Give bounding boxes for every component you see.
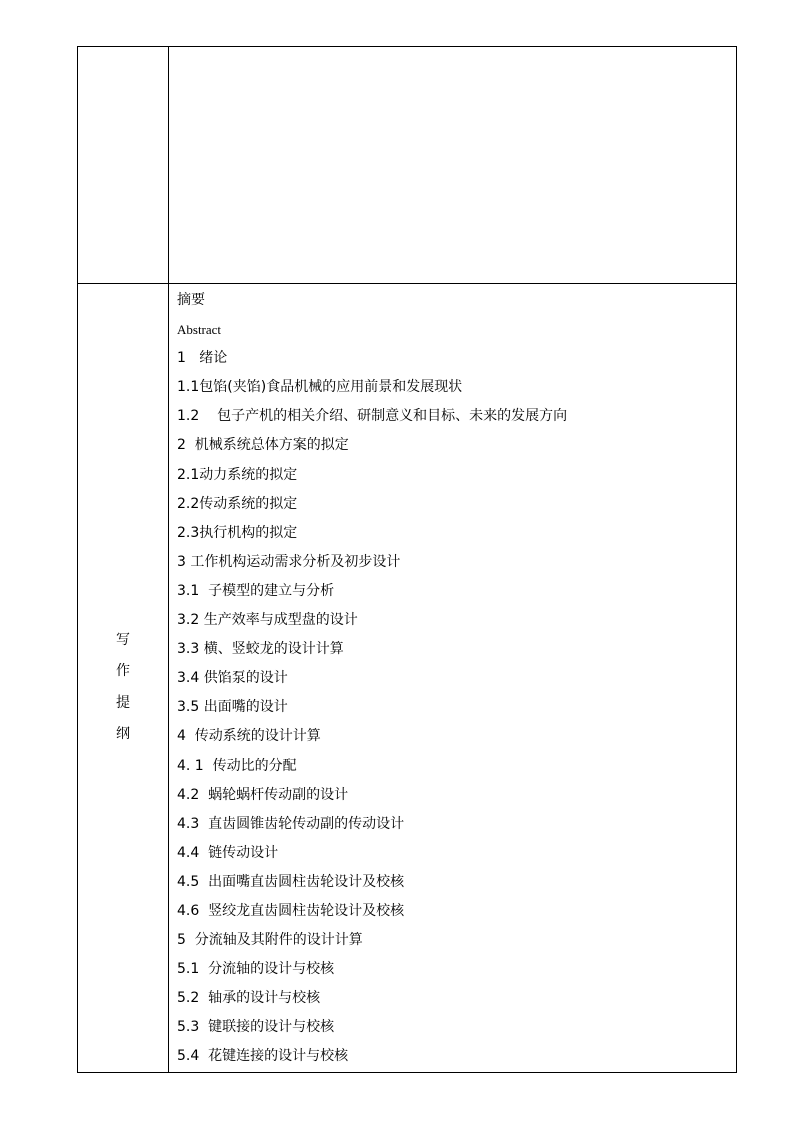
outline-item: 3.4 供馅泵的设计 bbox=[177, 664, 736, 693]
outline-item: 5.4 花键连接的设计与校核 bbox=[177, 1042, 736, 1071]
top-row-label-cell bbox=[78, 47, 169, 284]
label-char: 提 bbox=[116, 688, 130, 720]
outline-item: 1 绪论 bbox=[177, 344, 736, 373]
outline-item: 4 传动系统的设计计算 bbox=[177, 722, 736, 751]
label-char: 作 bbox=[116, 656, 130, 688]
outline-item: 5.2 轴承的设计与校核 bbox=[177, 984, 736, 1013]
label-char: 纲 bbox=[116, 719, 130, 751]
outline-item: 1.1包馅(夹馅)食品机械的应用前景和发展现状 bbox=[177, 373, 736, 402]
outline-label-cell: 写 作 提 纲 bbox=[78, 284, 169, 1073]
outline-item: 2.1动力系统的拟定 bbox=[177, 461, 736, 490]
top-row-content-cell bbox=[169, 47, 737, 284]
outline-item: 1.2 包子产机的相关介绍、研制意义和目标、未来的发展方向 bbox=[177, 402, 736, 431]
outline-item: 3.5 出面嘴的设计 bbox=[177, 693, 736, 722]
outline-item: 2.2传动系统的拟定 bbox=[177, 490, 736, 519]
label-char: 写 bbox=[116, 625, 130, 657]
outline-item: 3.2 生产效率与成型盘的设计 bbox=[177, 606, 736, 635]
outline-item: 4. 1 传动比的分配 bbox=[177, 752, 736, 781]
outline-item: 2.3执行机构的拟定 bbox=[177, 519, 736, 548]
outline-table: 写 作 提 纲 摘要 Abstract 1 绪论 1.1包馅(夹馅)食品机械的应… bbox=[77, 46, 737, 1073]
outline-item: 5.1 分流轴的设计与校核 bbox=[177, 955, 736, 984]
outline-item: 3.1 子模型的建立与分析 bbox=[177, 577, 736, 606]
outline-content-cell: 摘要 Abstract 1 绪论 1.1包馅(夹馅)食品机械的应用前景和发展现状… bbox=[169, 284, 737, 1073]
outline-item-abstract-cn: 摘要 bbox=[177, 286, 736, 315]
outline-item-abstract-en: Abstract bbox=[177, 315, 736, 344]
outline-label: 写 作 提 纲 bbox=[116, 625, 130, 751]
outline-item: 3.3 横、竖蛟龙的设计计算 bbox=[177, 635, 736, 664]
outline-item: 5 分流轴及其附件的设计计算 bbox=[177, 926, 736, 955]
outline-item: 4.3 直齿圆锥齿轮传动副的传动设计 bbox=[177, 810, 736, 839]
outline-item: 5.3 键联接的设计与校核 bbox=[177, 1013, 736, 1042]
outline-item: 4.4 链传动设计 bbox=[177, 839, 736, 868]
outline-item: 2 机械系统总体方案的拟定 bbox=[177, 431, 736, 460]
outline-item: 4.6 竖绞龙直齿圆柱齿轮设计及校核 bbox=[177, 897, 736, 926]
outline-item: 3 工作机构运动需求分析及初步设计 bbox=[177, 548, 736, 577]
top-row bbox=[78, 47, 737, 284]
outline-item: 4.2 蜗轮蜗杆传动副的设计 bbox=[177, 781, 736, 810]
outline-item: 4.5 出面嘴直齿圆柱齿轮设计及校核 bbox=[177, 868, 736, 897]
outline-row: 写 作 提 纲 摘要 Abstract 1 绪论 1.1包馅(夹馅)食品机械的应… bbox=[78, 284, 737, 1073]
